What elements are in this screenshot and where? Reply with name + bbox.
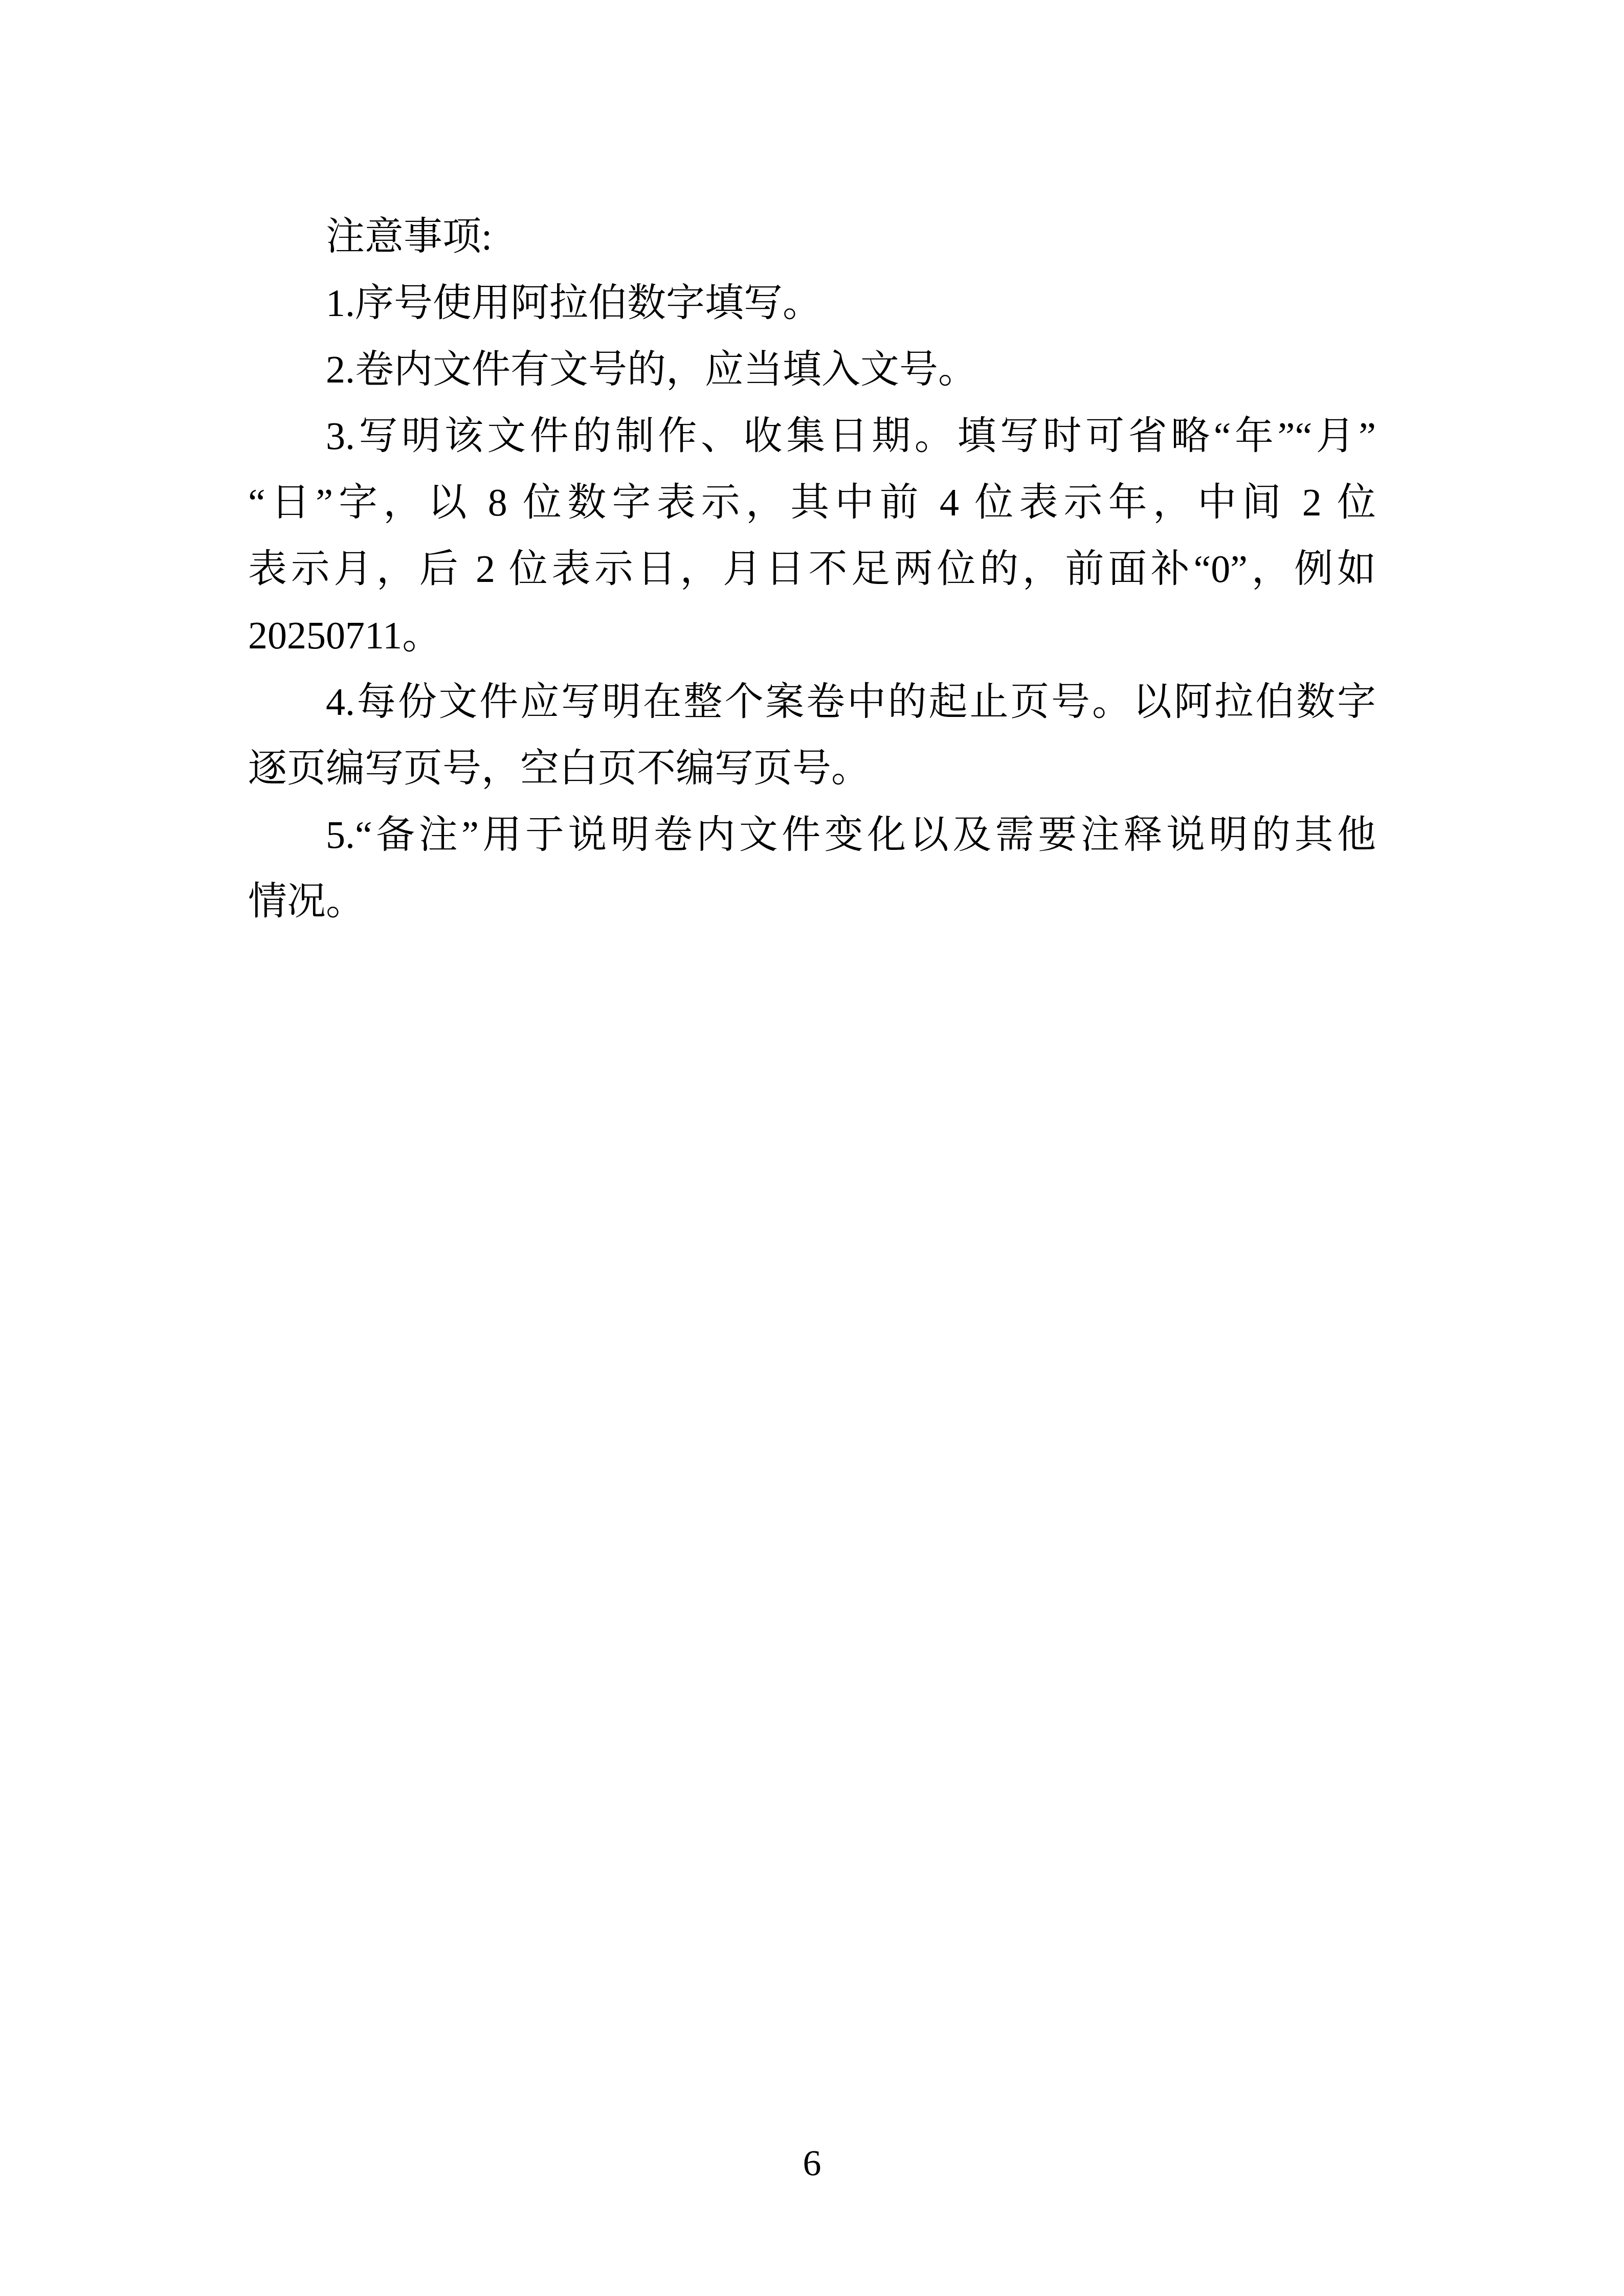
note-item-2: 2.卷内文件有文号的，应当填入文号。 xyxy=(248,336,1376,403)
note-item-4-line-2: 逐页编写页号，空白页不编写页号。 xyxy=(248,735,1376,802)
note-item-5-line-2: 情况。 xyxy=(248,868,1376,935)
notes-heading: 注意事项: xyxy=(248,204,1376,270)
note-item-3-line-2: “日”字，以 8 位数字表示，其中前 4 位表示年，中间 2 位 xyxy=(248,469,1376,536)
notes-text-block: 注意事项: 1.序号使用阿拉伯数字填写。 2.卷内文件有文号的，应当填入文号。 … xyxy=(248,204,1376,935)
note-item-4-line-1: 4.每份文件应写明在整个案卷中的起止页号。以阿拉伯数字 xyxy=(248,669,1376,735)
document-page: 注意事项: 1.序号使用阿拉伯数字填写。 2.卷内文件有文号的，应当填入文号。 … xyxy=(0,0,1624,2296)
note-item-3-line-4: 20250711。 xyxy=(248,602,1376,669)
page-number: 6 xyxy=(0,2130,1624,2196)
note-item-1: 1.序号使用阿拉伯数字填写。 xyxy=(248,270,1376,336)
note-item-3-line-3: 表示月，后 2 位表示日，月日不足两位的，前面补“0”，例如 xyxy=(248,536,1376,602)
note-item-5-line-1: 5.“备注”用于说明卷内文件变化以及需要注释说明的其他 xyxy=(248,802,1376,868)
note-item-3-line-1: 3.写明该文件的制作、收集日期。填写时可省略“年”“月” xyxy=(248,403,1376,469)
